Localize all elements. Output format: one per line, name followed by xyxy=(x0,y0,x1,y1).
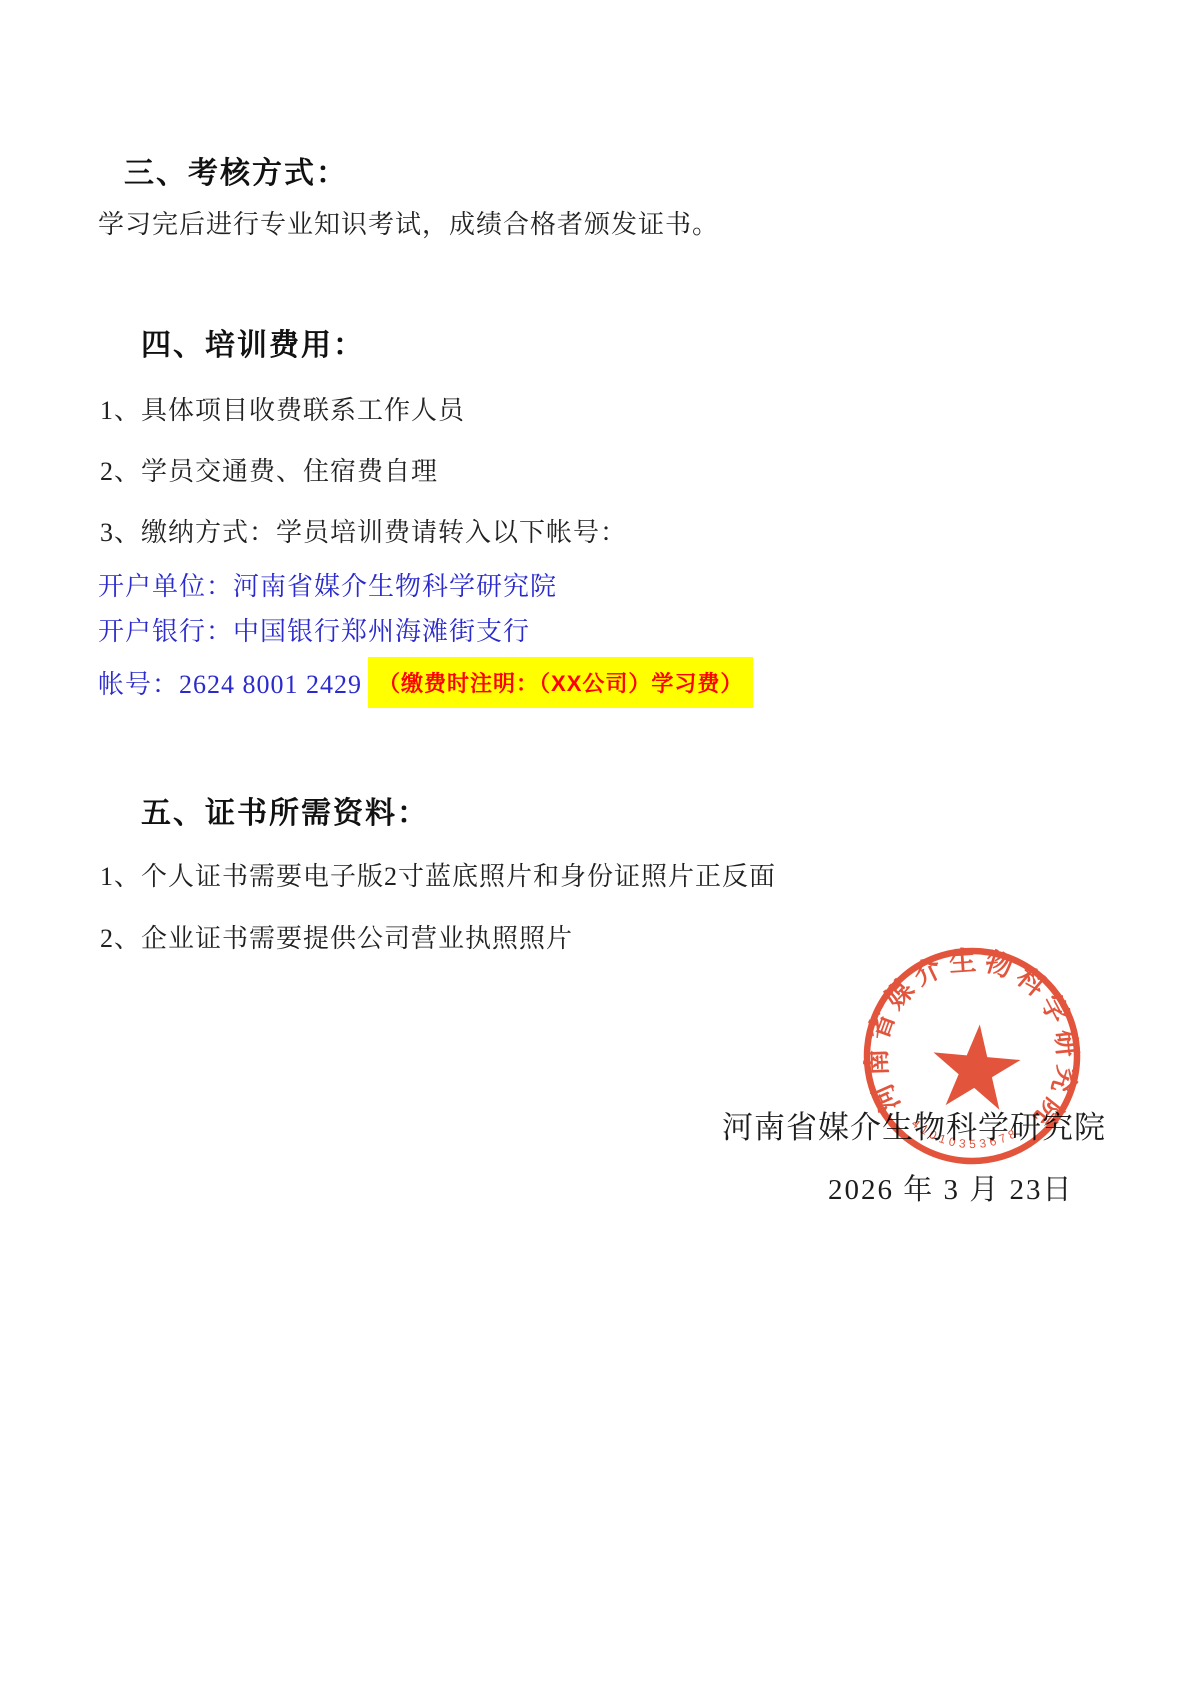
materials-item-2: 2、企业证书需要提供公司营业执照照片 xyxy=(100,918,573,955)
materials-item-1: 1、个人证书需要电子版2寸蓝底照片和身份证照片正反面 xyxy=(100,856,776,893)
section-fees-heading: 四、培训费用： xyxy=(141,320,365,364)
document-page: 三、考核方式： 学习完后进行专业知识考试，成绩合格者颁发证书。 四、培训费用： … xyxy=(0,0,1190,1683)
fees-item-3: 3、缴纳方式：学员培训费请转入以下帐号： xyxy=(100,512,627,549)
star-icon xyxy=(929,1021,1023,1112)
section-materials-heading: 五、证书所需资料： xyxy=(141,788,429,832)
signature-date: 2026 年 3 月 23日 xyxy=(828,1167,1074,1208)
section-assessment-heading: 三、考核方式： xyxy=(124,148,348,192)
payment-account-row: 帐号：2624 8001 2429 （缴费时注明：（XX公司）学习费） xyxy=(98,657,753,708)
signature-org-name: 河南省媒介生物科学研究院 xyxy=(722,1102,1106,1147)
fees-item-1: 1、具体项目收费联系工作人员 xyxy=(100,390,465,427)
fees-item-2: 2、学员交通费、住宿费自理 xyxy=(100,451,438,488)
payment-account-number: 帐号：2624 8001 2429 xyxy=(98,664,362,701)
section-assessment-body: 学习完后进行专业知识考试，成绩合格者颁发证书。 xyxy=(98,204,719,241)
payment-account-name: 开户单位：河南省媒介生物科学研究院 xyxy=(98,566,557,603)
payment-highlight-note: （缴费时注明：（XX公司）学习费） xyxy=(368,657,753,708)
payment-bank: 开户银行：中国银行郑州海滩街支行 xyxy=(98,611,530,648)
